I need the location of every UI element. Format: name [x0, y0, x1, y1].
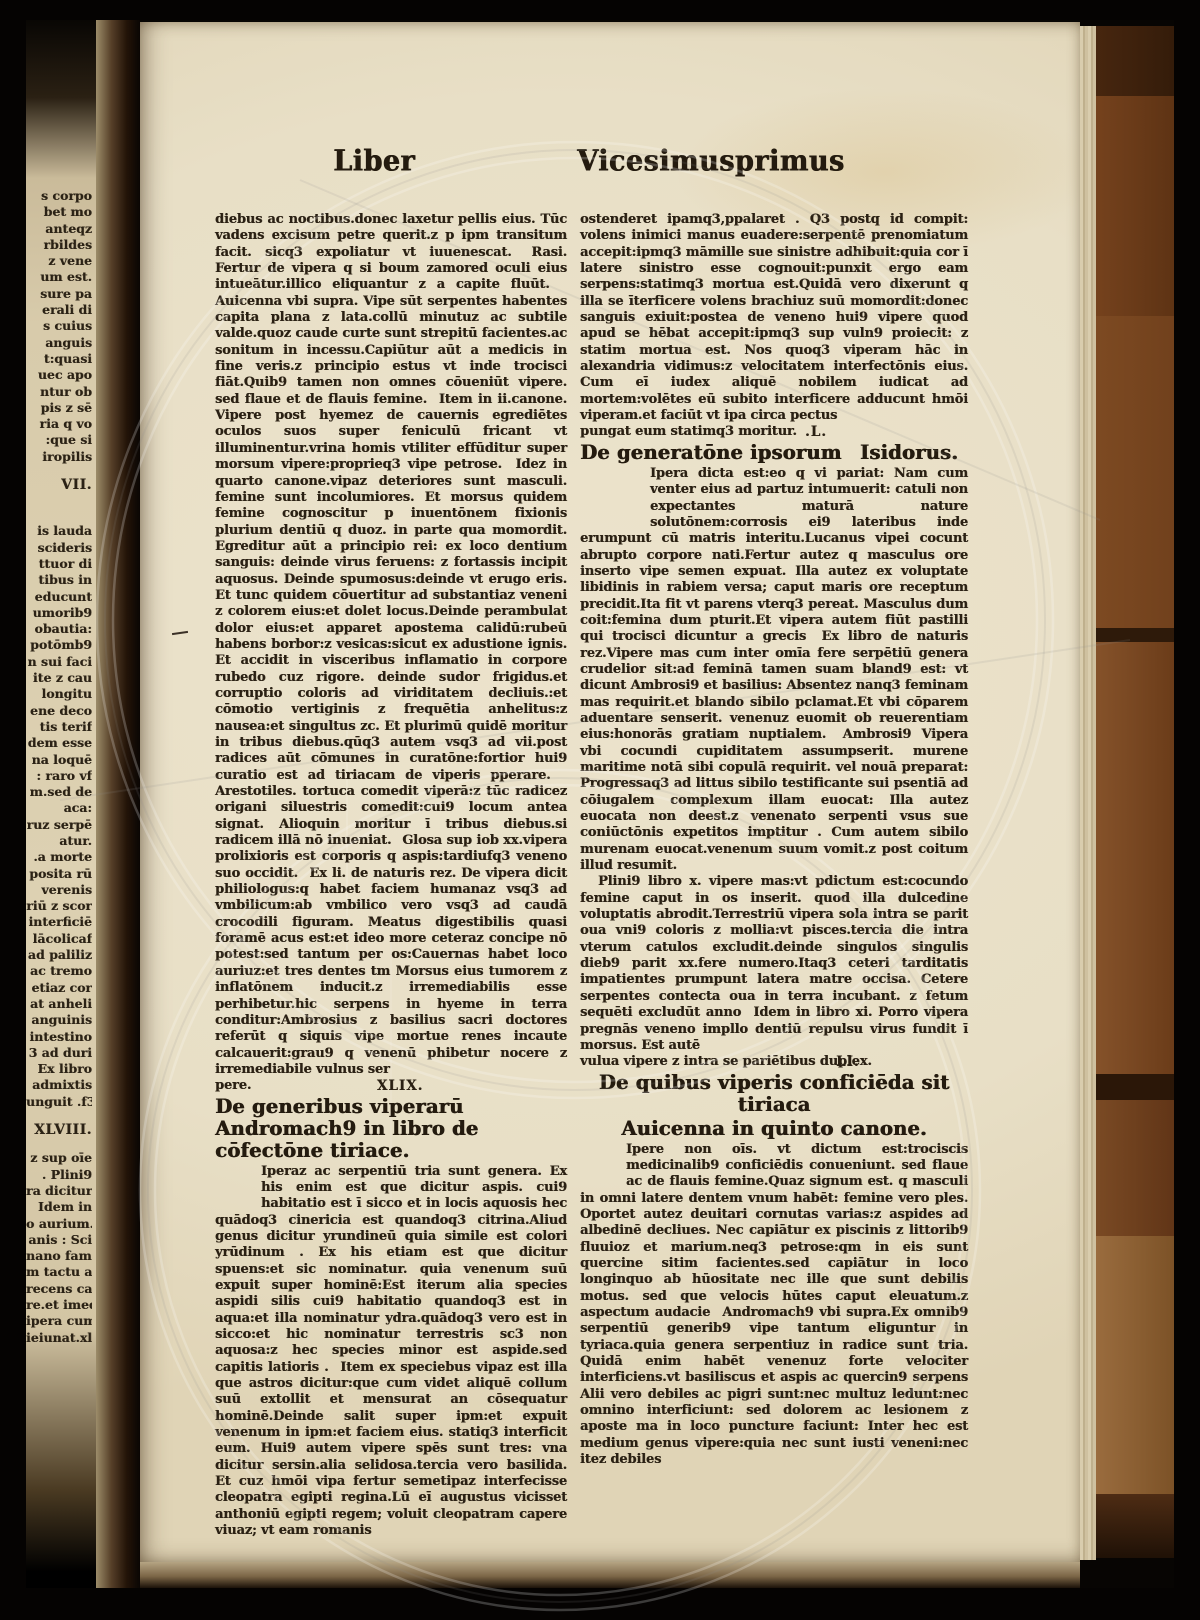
paragraph: ostenderet ipamq3,ppalaret . Q3 postq id… — [580, 212, 968, 424]
marginalia-line: sure pa — [26, 286, 92, 302]
running-head-liber: Liber — [333, 145, 415, 178]
marginalia-line: ra dicitur — [26, 1183, 92, 1199]
chapter-number-line: pungat eum statimq3 moritur. .L. — [580, 424, 968, 440]
marginalia-group: s corpobet moanteqzrbildesz veneum est.s… — [26, 188, 92, 465]
leather-seam — [1096, 1074, 1174, 1100]
marginalia-line: lācolicaf — [26, 931, 92, 947]
marginalia-line: aca: — [26, 800, 92, 816]
chapter-numeral: LI. — [836, 1054, 860, 1070]
leather-binding-segment — [1096, 96, 1174, 316]
marginalia-line: nano famē — [26, 1248, 92, 1264]
marginalia-line: re.et imedi — [26, 1297, 92, 1313]
marginalia-line: ene deco — [26, 703, 92, 719]
marginalia-line: s corpo — [26, 188, 92, 204]
marginalia-line: ntur ob — [26, 384, 92, 400]
photo-background-bottom — [0, 1588, 1200, 1620]
paragraph: diebus ac noctibus.donec laxetur pellis … — [215, 212, 567, 1078]
margin-chapter-numeral: VII. — [26, 477, 92, 493]
marginalia-line: ttuor di — [26, 556, 92, 572]
book-photograph: { "running_heads": { "left": "Liber", "r… — [0, 0, 1200, 1620]
marginalia-line: .a morte — [26, 849, 92, 865]
margin-gap — [26, 1138, 92, 1150]
facing-page-marginalia: s corpobet moanteqzrbildesz veneum est.s… — [26, 188, 92, 1408]
text-column-right: ostenderet ipamq3,ppalaret . Q3 postq id… — [580, 212, 968, 1468]
photo-background-top — [0, 0, 1200, 20]
marginalia-line: scideris — [26, 540, 92, 556]
marginalia-line: atur. — [26, 833, 92, 849]
running-head-vicesimusprimus: Vicesimusprimus — [577, 145, 844, 178]
leather-binding-segment — [1096, 26, 1174, 96]
marginalia-line: ite z cau — [26, 670, 92, 686]
margin-gap — [26, 465, 92, 477]
marginalia-line: potōmb9 — [26, 637, 92, 653]
leather-strap — [1096, 316, 1174, 628]
section-heading: De generatōne ipsorum Isidorus. — [580, 442, 968, 464]
paragraph-text: Iperaz ac serpentiū tria sunt genera. Ex… — [215, 1164, 567, 1539]
marginalia-line: ruz serpē — [26, 817, 92, 833]
marginalia-line: is lauda — [26, 523, 92, 539]
marginalia-line: anis : Sci — [26, 1232, 92, 1248]
marginalia-line: tibus in — [26, 572, 92, 588]
marginalia-line: etiaz cor — [26, 980, 92, 996]
leather-seam — [1096, 628, 1174, 642]
marginalia-line: iropilis — [26, 449, 92, 465]
marginalia-line: z vene — [26, 253, 92, 269]
marginalia-line: anguis — [26, 335, 92, 351]
paragraph: Ipere non oīs. vt dictum est:trociscis m… — [580, 1142, 968, 1469]
marginalia-line: ipera cum — [26, 1313, 92, 1329]
paragraph-last-line: pungat eum statimq3 moritur. — [580, 424, 797, 439]
marginalia-line: ria q vo — [26, 416, 92, 432]
marginalia-line: bet mo — [26, 204, 92, 220]
marginalia-line: posita rū — [26, 866, 92, 882]
marginalia-line: na loquē — [26, 752, 92, 768]
marginalia-line: ad paliliz — [26, 947, 92, 963]
page-fore-edge — [1080, 26, 1096, 1560]
marginalia-line: t:quasi — [26, 351, 92, 367]
marginalia-line: anteqz — [26, 221, 92, 237]
section-heading: De quibus viperis conficiēda sit tiriaca — [580, 1072, 968, 1116]
marginalia-line: o aurium. — [26, 1216, 92, 1232]
photo-background-right — [1174, 0, 1200, 1620]
leather-binding-segment — [1096, 1494, 1174, 1558]
chapter-number-line: vulua vipere z intra se pariētibus duple… — [580, 1054, 968, 1070]
initial-space — [580, 1142, 626, 1176]
marginalia-line: verenis — [26, 882, 92, 898]
marginalia-line: Idem in — [26, 1199, 92, 1215]
section-heading: De generibus viperarū Andromach9 in libr… — [215, 1096, 567, 1162]
marginalia-line: Ex libro — [26, 1061, 92, 1077]
marginalia-line: umorib9 — [26, 605, 92, 621]
margin-gap — [26, 493, 92, 523]
marginalia-line: uec apo — [26, 367, 92, 383]
text-column-left: diebus ac noctibus.donec laxetur pellis … — [215, 212, 567, 1539]
marginalia-line: ac tremo — [26, 963, 92, 979]
marginalia-line: 3 ad duri — [26, 1045, 92, 1061]
marginalia-group: z sup oīe. Plini9ra diciturIdem ino auri… — [26, 1150, 92, 1346]
chapter-numeral: .L. — [805, 424, 827, 440]
marginalia-line: admixtis — [26, 1077, 92, 1093]
paragraph-text: Ipera dicta est:eo q vi pariat: Nam cum … — [580, 466, 968, 873]
marginalia-line: recens cal — [26, 1281, 92, 1297]
hyphenated-word-tail: pere. — [215, 1078, 251, 1093]
marginalia-line: interficiē — [26, 914, 92, 930]
marginalia-line: longitu — [26, 686, 92, 702]
marginalia-line: . Plini9 — [26, 1167, 92, 1183]
initial-space — [215, 1164, 261, 1198]
leather-strap-light — [1096, 1236, 1174, 1494]
heading-attribution: Isidorus. — [860, 442, 958, 464]
marginalia-line: ieiunat.xl. — [26, 1330, 92, 1346]
paragraph: Plini9 libro x. vipere mas:vt pdictum es… — [580, 874, 968, 1054]
paragraph-last-line: vulua vipere z intra se pariētibus duple… — [580, 1054, 872, 1069]
marginalia-line: dem esse — [26, 735, 92, 751]
marginalia-group: is laudascideristtuor ditibus ineducuntu… — [26, 523, 92, 800]
marginalia-line: s cuius — [26, 318, 92, 334]
marginalia-line: tis terif — [26, 719, 92, 735]
paragraph-text: Ipere non oīs. vt dictum est:trociscis m… — [580, 1142, 968, 1468]
marginalia-line: pis z sē — [26, 400, 92, 416]
marginalia-line: rbildes — [26, 237, 92, 253]
heading-title: De generatōne ipsorum — [580, 442, 841, 464]
marginalia-line: anguinis — [26, 1012, 92, 1028]
marginalia-line: unguit .f3 — [26, 1094, 92, 1110]
leather-strap — [1096, 642, 1174, 1074]
marginalia-line: m tactu af — [26, 1264, 92, 1280]
section-heading-line2: Auicenna in quinto canone. — [580, 1118, 968, 1140]
marginalia-line: : raro vf — [26, 768, 92, 784]
marginalia-line: m.sed de — [26, 784, 92, 800]
photo-background-left — [0, 0, 26, 1620]
marginalia-line: riū z scor — [26, 898, 92, 914]
marginalia-group: aca:ruz serpēatur..a morteposita rūveren… — [26, 800, 92, 1110]
initial-space — [580, 466, 650, 516]
marginalia-line: obautia: — [26, 621, 92, 637]
chapter-numeral: XLIX. — [377, 1078, 423, 1094]
marginalia-line: intestino — [26, 1029, 92, 1045]
marginalia-line: at anheli — [26, 996, 92, 1012]
marginalia-line: um est. — [26, 269, 92, 285]
binding-gutter-shadow — [96, 0, 140, 1620]
page-bottom-edge — [140, 1562, 1080, 1588]
marginalia-line: erali di — [26, 302, 92, 318]
marginalia-line: :que si — [26, 432, 92, 448]
marginalia-line: z sup oīe — [26, 1150, 92, 1166]
leather-binding-segment — [1096, 1100, 1174, 1236]
marginalia-line: educunt — [26, 589, 92, 605]
paragraph: Ipera dicta est:eo q vi pariat: Nam cum … — [580, 466, 968, 875]
chapter-number-line: pere. XLIX. — [215, 1078, 567, 1094]
margin-gap — [26, 1110, 92, 1122]
marginalia-line: n sui faci — [26, 654, 92, 670]
paragraph: Iperaz ac serpentiū tria sunt genera. Ex… — [215, 1164, 567, 1540]
margin-chapter-numeral: XLVIII. — [26, 1122, 92, 1138]
